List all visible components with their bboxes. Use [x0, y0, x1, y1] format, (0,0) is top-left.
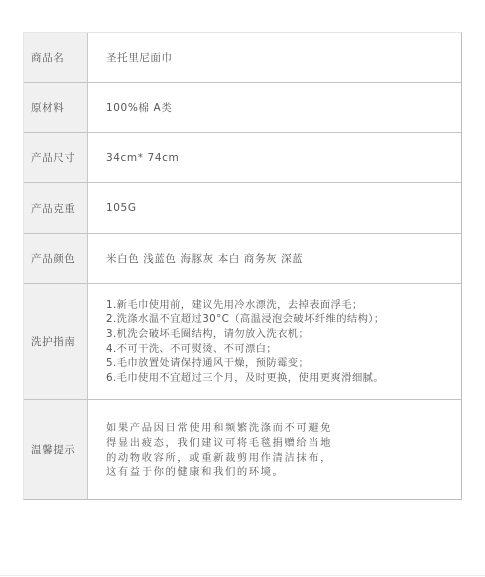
- spec-row-weight: 产品克重 105G: [24, 183, 461, 234]
- spec-value: 米白色 浅蓝色 海豚灰 本白 商务灰 深蓝: [88, 234, 461, 283]
- spec-value: 34cm* 74cm: [88, 133, 461, 182]
- spec-row-product-name: 商品名 圣托里尼面巾: [24, 33, 461, 83]
- spec-row-tips: 温馨提示 如果产品因日常使用和频繁洗涤而不可避免 得显出疲态，我们建议可将毛毯捐…: [24, 400, 461, 499]
- spec-value: 圣托里尼面巾: [88, 33, 461, 82]
- spec-row-size: 产品尺寸 34cm* 74cm: [24, 133, 461, 183]
- care-guide-list: 1.新毛巾使用前，建议先用冷水漂洗，去掉表面浮毛； 2.洗涤水温不宜超过30°C…: [88, 284, 461, 399]
- product-spec-page: 商品名 圣托里尼面巾 原材料 100%棉 A类 产品尺寸 34cm* 74cm …: [0, 0, 485, 577]
- care-guide-item: 3.机洗会破坏毛圈结构，请勿放入洗衣机；: [106, 327, 309, 342]
- care-guide-item: 6.毛巾使用不宜超过三个月，及时更换，使用更爽滑细腻。: [106, 371, 384, 386]
- care-guide-item: 2.洗涤水温不宜超过30°C（高温浸泡会破坏纤维的结构）；: [106, 312, 385, 327]
- tips-line: 的动物收容所，或重新裁剪用作清洁抹布，: [106, 451, 332, 466]
- care-guide-item: 1.新毛巾使用前，建议先用冷水漂洗，去掉表面浮毛；: [106, 298, 363, 313]
- spec-label: 温馨提示: [24, 400, 88, 499]
- divider: [0, 575, 485, 576]
- care-guide-item: 4.不可干洗、不可熨烫、不可漂白；: [106, 342, 277, 357]
- spec-label: 洗护指南: [24, 284, 88, 399]
- tips-line: 如果产品因日常使用和频繁洗涤而不可避免: [106, 421, 332, 436]
- spec-row-colors: 产品颜色 米白色 浅蓝色 海豚灰 本白 商务灰 深蓝: [24, 234, 461, 284]
- tips-text: 如果产品因日常使用和频繁洗涤而不可避免 得显出疲态，我们建议可将毛毯捐赠给当地 …: [88, 400, 461, 499]
- spec-label: 商品名: [24, 33, 88, 82]
- spec-label: 产品克重: [24, 183, 88, 233]
- spec-row-material: 原材料 100%棉 A类: [24, 83, 461, 133]
- tips-line: 这有益于你的健康和我们的环境。: [106, 465, 284, 480]
- spec-label: 原材料: [24, 83, 88, 132]
- spec-label: 产品颜色: [24, 234, 88, 283]
- tips-line: 得显出疲态，我们建议可将毛毯捐赠给当地: [106, 436, 332, 451]
- spec-value: 105G: [88, 183, 461, 233]
- product-spec-table: 商品名 圣托里尼面巾 原材料 100%棉 A类 产品尺寸 34cm* 74cm …: [23, 32, 462, 500]
- spec-row-care-guide: 洗护指南 1.新毛巾使用前，建议先用冷水漂洗，去掉表面浮毛； 2.洗涤水温不宜超…: [24, 284, 461, 400]
- spec-label: 产品尺寸: [24, 133, 88, 182]
- spec-value: 100%棉 A类: [88, 83, 461, 132]
- care-guide-item: 5.毛巾放置处请保持通风干燥，预防霉变；: [106, 356, 309, 371]
